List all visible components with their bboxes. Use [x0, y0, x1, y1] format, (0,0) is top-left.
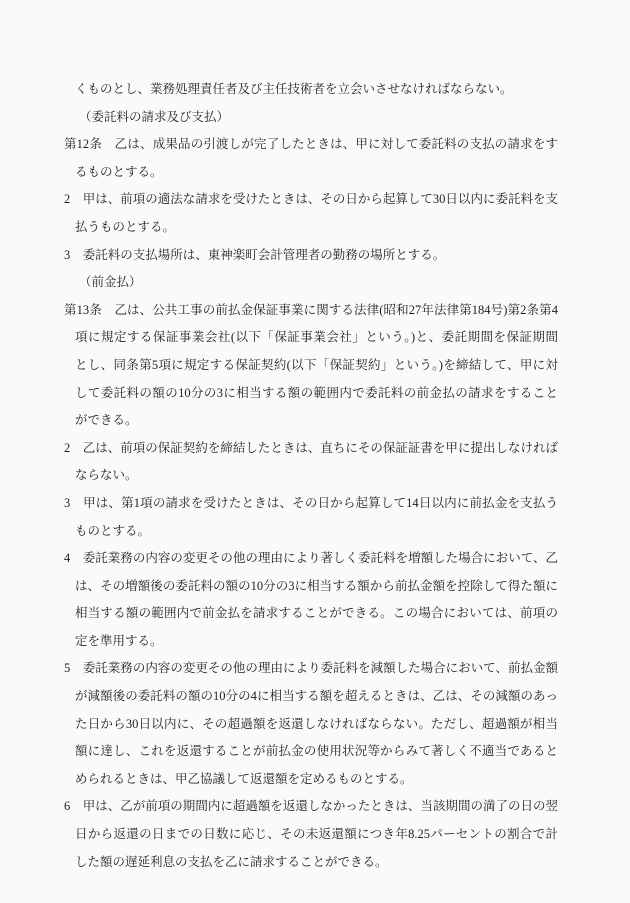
- document-line: くものとし、業務処理責任者及び主任技術者を立会いさせなければならない。: [64, 76, 558, 104]
- document-line: ができる。: [64, 407, 558, 435]
- document-line: は、その増額後の委託料の額の10分の3に相当する額から前払金額を控除して得た額に: [64, 573, 558, 601]
- document-line: した額の遅延利息の支払を乙に請求することができる。: [64, 849, 558, 877]
- document-line: とし、同条第5項に規定する保証契約(以下「保証契約」という。)を締結して、甲に対: [64, 352, 558, 380]
- paragraph-line: 6 甲は、乙が前項の期間内に超過額を返還しなかったときは、当該期間の満了の日の翌: [64, 793, 558, 821]
- document-line: 定を準用する。: [64, 628, 558, 656]
- document-body: くものとし、業務処理責任者及び主任技術者を立会いさせなければならない。（委託料の…: [64, 76, 558, 876]
- document-line: た日から30日以内に、その超過額を返還しなければならない。ただし、超過額が相当の: [64, 711, 558, 739]
- document-line: が減額後の委託料の額の10分の4に相当する額を超えるときは、乙は、その減額のあっ: [64, 683, 558, 711]
- document-line: 日から返還の日までの日数に応じ、その未返還額につき年8.25パーセントの割合で計…: [64, 821, 558, 849]
- document-line: ならない。: [64, 462, 558, 490]
- section-heading-line: （委託料の請求及び支払）: [64, 104, 558, 132]
- paragraph-line: 2 乙は、前項の保証契約を締結したときは、直ちにその保証証書を甲に提出しなければ: [64, 435, 558, 463]
- paragraph-line: 5 委託業務の内容の変更その他の理由により委託料を減額した場合において、前払金額: [64, 655, 558, 683]
- paragraph-line: 3 甲は、第1項の請求を受けたときは、その日から起算して14日以内に前払金を支払…: [64, 490, 558, 518]
- paragraph-line: 2 甲は、前項の適法な請求を受けたときは、その日から起算して30日以内に委託料を…: [64, 186, 558, 214]
- document-line: められるときは、甲乙協議して返還額を定めるものとする。: [64, 766, 558, 794]
- paragraph-line: 4 委託業務の内容の変更その他の理由により著しく委託料を増額した場合において、乙: [64, 545, 558, 573]
- document-line: るものとする。: [64, 159, 558, 187]
- document-line: ものとする。: [64, 518, 558, 546]
- document-line: 相当する額の範囲内で前金払を請求することができる。この場合においては、前項の規: [64, 600, 558, 628]
- paragraph-line: 3 委託料の支払場所は、東神楽町会計管理者の勤務の場所とする。: [64, 242, 558, 270]
- article-line: 第12条 乙は、成果品の引渡しが完了したときは、甲に対して委託料の支払の請求をす: [64, 131, 558, 159]
- document-line: して委託料の額の10分の3に相当する額の範囲内で委託料の前金払の請求をすること: [64, 380, 558, 408]
- document-page: くものとし、業務処理責任者及び主任技術者を立会いさせなければならない。（委託料の…: [0, 0, 630, 903]
- article-line: 第13条 乙は、公共工事の前払金保証事業に関する法律(昭和27年法律第184号)…: [64, 297, 558, 325]
- document-line: 払うものとする。: [64, 214, 558, 242]
- document-line: 項に規定する保証事業会社(以下「保証事業会社」という。)と、委託期間を保証期間: [64, 324, 558, 352]
- section-heading-line: （前金払）: [64, 269, 558, 297]
- document-line: 額に達し、これを返還することが前払金の使用状況等からみて著しく不適当であると認: [64, 738, 558, 766]
